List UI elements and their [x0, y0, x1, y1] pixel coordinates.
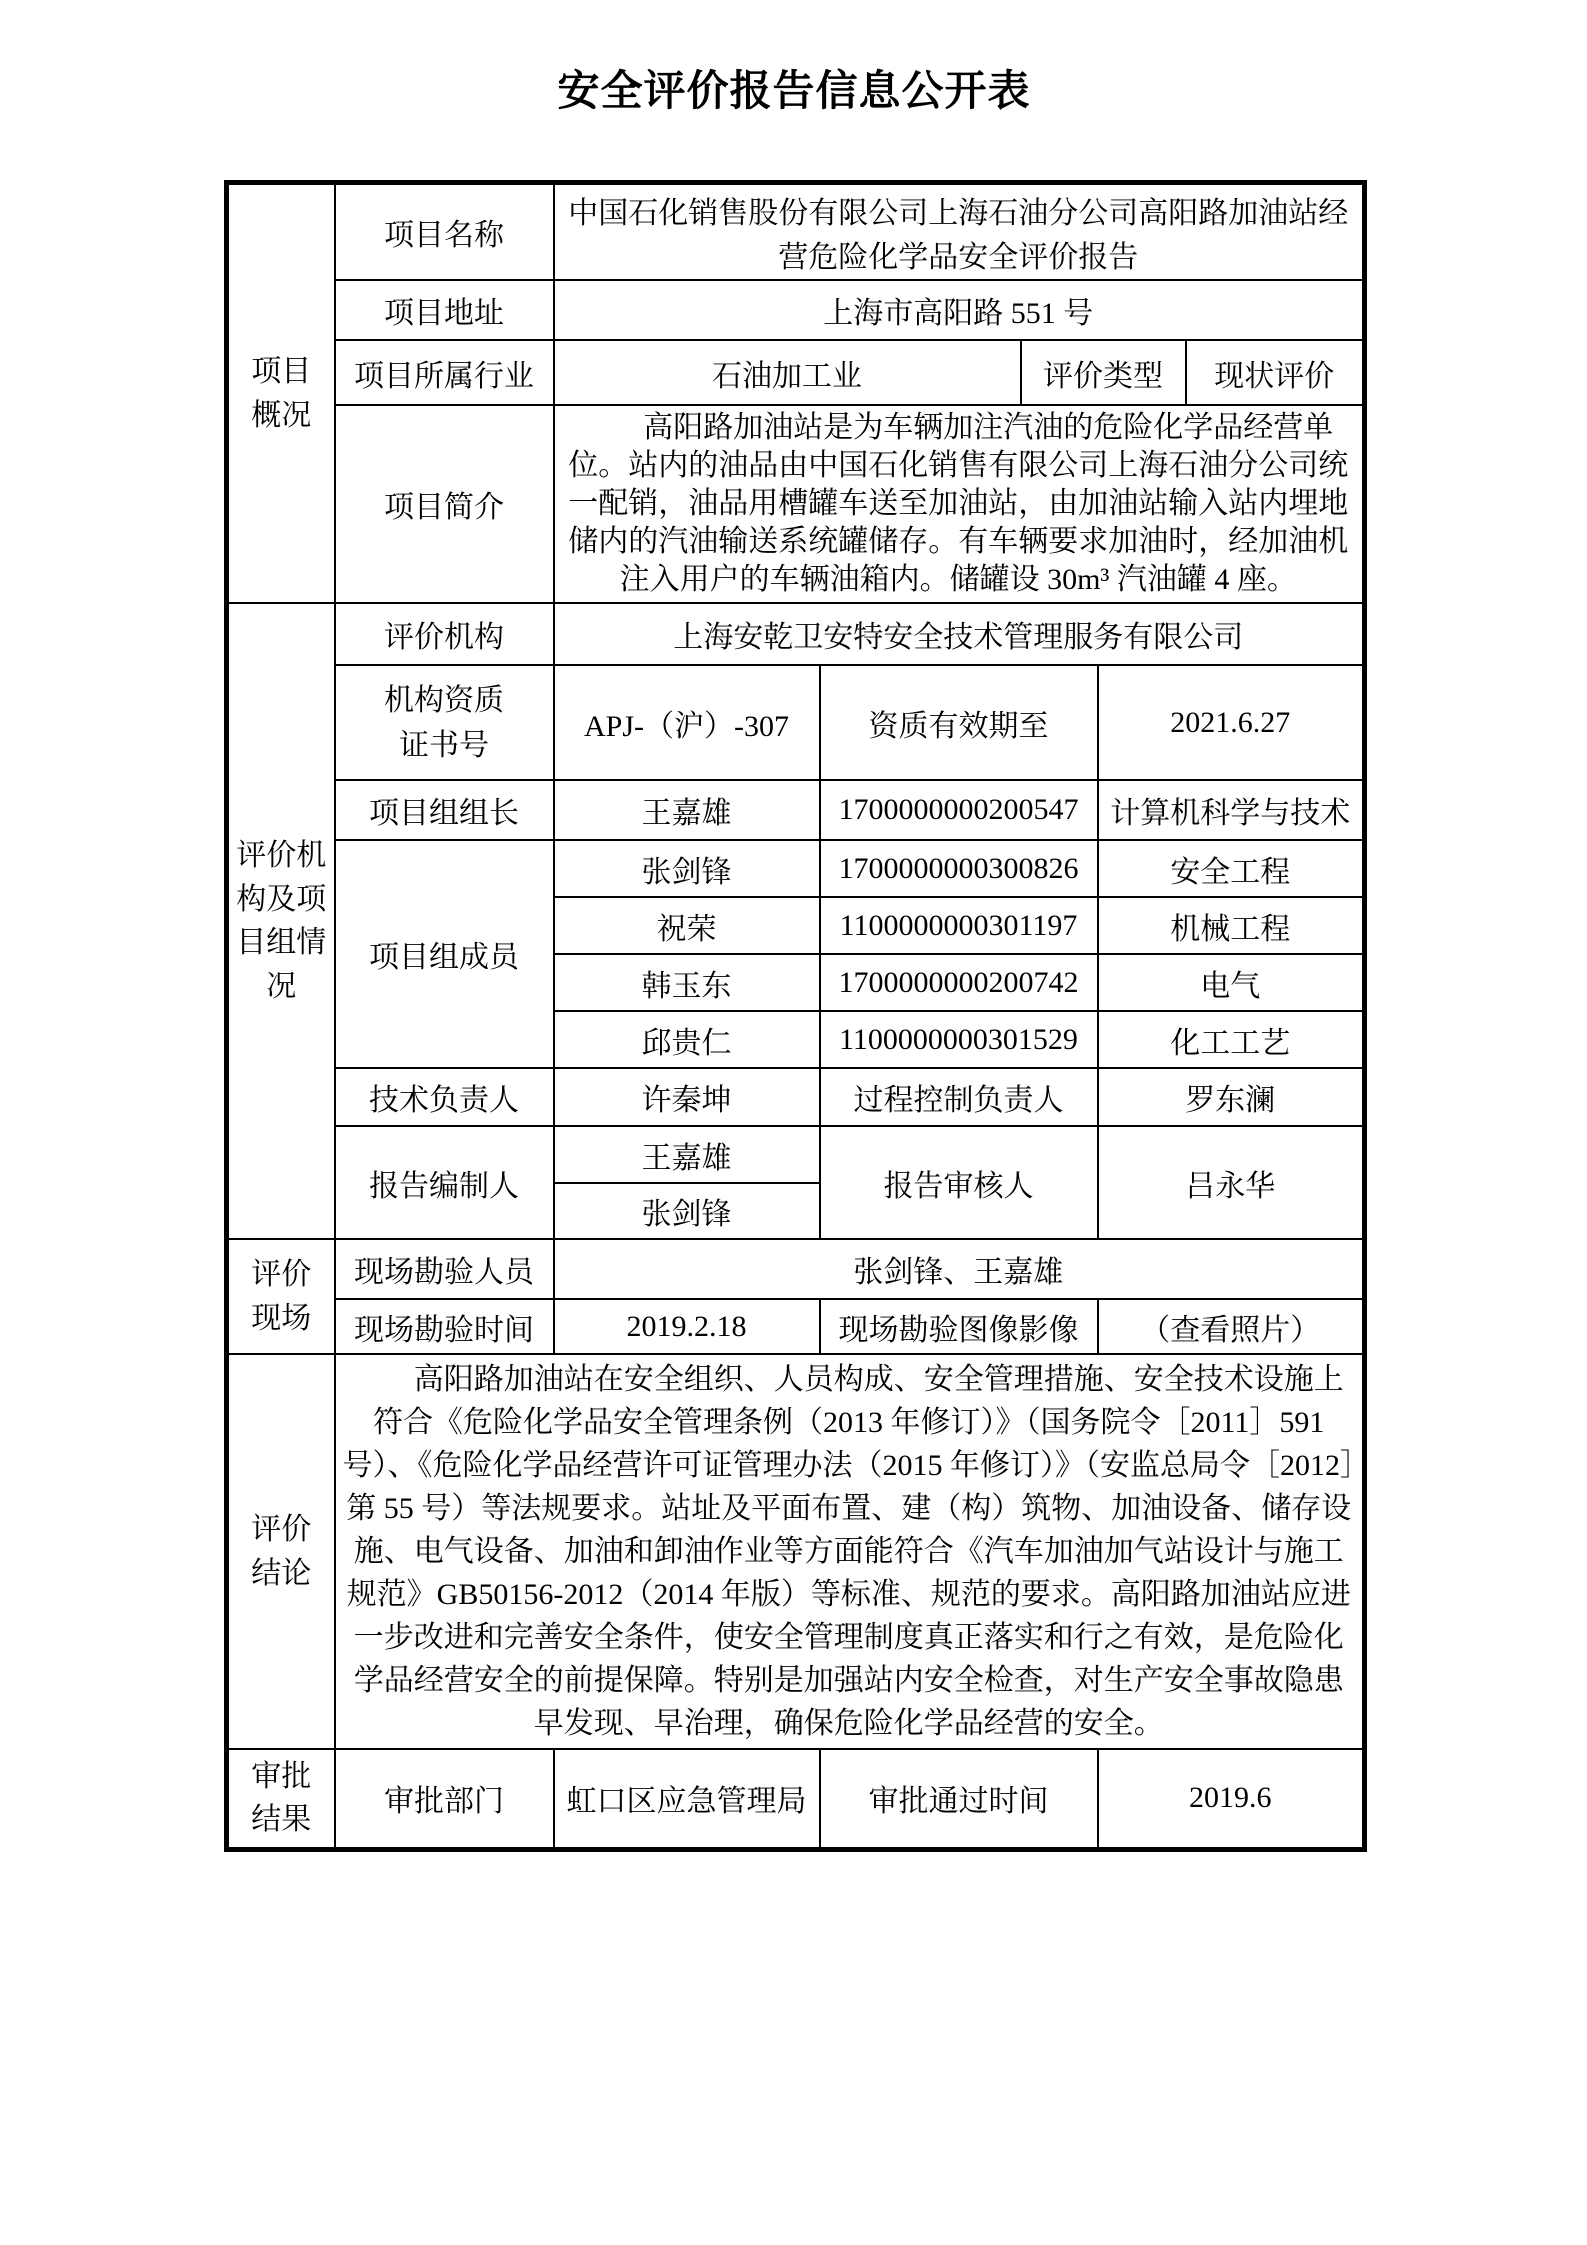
section-label-conclusion: 评价 结论: [227, 1354, 335, 1749]
approval-dept-label: 审批部门: [335, 1749, 554, 1849]
tech-lead-label: 技术负责人: [335, 1068, 554, 1126]
row-conclusion: 评价 结论 高阳路加油站在安全组织、人员构成、安全管理措施、安全技术设施上符合《…: [227, 1354, 1365, 1749]
conclusion-text: 高阳路加油站在安全组织、人员构成、安全管理措施、安全技术设施上符合《危险化学品安…: [335, 1354, 1365, 1749]
row-approval: 审批 结果 审批部门 虹口区应急管理局 审批通过时间 2019.6: [227, 1749, 1365, 1849]
row-project-industry: 项目所属行业 石油加工业 评价类型 现状评价: [227, 340, 1365, 405]
team-leader-label: 项目组组长: [335, 780, 554, 840]
member-cert-no: 1700000000300826: [820, 840, 1098, 897]
section-label-site: 评价 现场: [227, 1239, 335, 1354]
page-title: 安全评价报告信息公开表: [224, 58, 1364, 118]
site-personnel-label: 现场勘验人员: [335, 1239, 554, 1299]
row-site-personnel: 评价 现场 现场勘验人员 张剑锋、王嘉雄: [227, 1239, 1365, 1299]
section-label-project-overview: 项目 概况: [227, 183, 335, 604]
member-name: 韩玉东: [554, 954, 820, 1011]
row-report-authors: 报告编制人 王嘉雄 报告审核人 吕永华: [227, 1126, 1365, 1183]
member-name: 祝荣: [554, 897, 820, 954]
member-major: 安全工程: [1098, 840, 1365, 897]
member-major: 化工工艺: [1098, 1011, 1365, 1068]
tech-lead-value: 许秦坤: [554, 1068, 820, 1126]
agency-cert-value: APJ-（沪）-307: [554, 665, 820, 780]
project-intro-value: 高阳路加油站是为车辆加注汽油的危险化学品经营单位。站内的油品由中国石化销售有限公…: [554, 405, 1365, 603]
report-author-name: 张剑锋: [554, 1183, 820, 1239]
project-address-label: 项目地址: [335, 280, 554, 340]
member-cert-no: 1100000000301529: [820, 1011, 1098, 1068]
project-name-label: 项目名称: [335, 183, 554, 281]
disclosure-table: 项目 概况 项目名称 中国石化销售股份有限公司上海石油分公司高阳路加油站经营危险…: [224, 180, 1367, 1852]
row-team-leader: 项目组组长 王嘉雄 1700000000200547 计算机科学与技术: [227, 780, 1365, 840]
approval-time-label: 审批通过时间: [820, 1749, 1098, 1849]
agency-label: 评价机构: [335, 603, 554, 665]
member-name: 邱贵仁: [554, 1011, 820, 1068]
member-major: 机械工程: [1098, 897, 1365, 954]
team-leader-name: 王嘉雄: [554, 780, 820, 840]
agency-value: 上海安乾卫安特安全技术管理服务有限公司: [554, 603, 1365, 665]
row-project-address: 项目地址 上海市高阳路 551 号: [227, 280, 1365, 340]
document-page: 安全评价报告信息公开表 项目 概况 项目名称 中国石化销售股份有限公司上海石油分…: [0, 0, 1587, 2245]
section-label-agency: 评价机 构及项 目组情 况: [227, 603, 335, 1239]
project-address-value: 上海市高阳路 551 号: [554, 280, 1365, 340]
process-ctrl-value: 罗东澜: [1098, 1068, 1365, 1126]
eval-type-label: 评价类型: [1021, 340, 1186, 405]
row-team-member: 项目组成员 张剑锋 1700000000300826 安全工程: [227, 840, 1365, 897]
report-author-name: 王嘉雄: [554, 1126, 820, 1183]
member-name: 张剑锋: [554, 840, 820, 897]
member-cert-no: 1100000000301197: [820, 897, 1098, 954]
row-site-time: 现场勘验时间 2019.2.18 现场勘验图像影像 （查看照片）: [227, 1299, 1365, 1354]
member-cert-no: 1700000000200742: [820, 954, 1098, 1011]
project-industry-value: 石油加工业: [554, 340, 1021, 405]
team-members-label: 项目组成员: [335, 840, 554, 1068]
site-media-link[interactable]: （查看照片）: [1098, 1299, 1365, 1354]
project-industry-label: 项目所属行业: [335, 340, 554, 405]
agency-cert-label: 机构资质 证书号: [335, 665, 554, 780]
process-ctrl-label: 过程控制负责人: [820, 1068, 1098, 1126]
approval-dept-value: 虹口区应急管理局: [554, 1749, 820, 1849]
row-agency-cert: 机构资质 证书号 APJ-（沪）-307 资质有效期至 2021.6.27: [227, 665, 1365, 780]
report-authors-label: 报告编制人: [335, 1126, 554, 1239]
report-reviewer-label: 报告审核人: [820, 1126, 1098, 1239]
cert-valid-label: 资质有效期至: [820, 665, 1098, 780]
row-project-intro: 项目简介 高阳路加油站是为车辆加注汽油的危险化学品经营单位。站内的油品由中国石化…: [227, 405, 1365, 603]
team-leader-cert-no: 1700000000200547: [820, 780, 1098, 840]
approval-time-value: 2019.6: [1098, 1749, 1365, 1849]
eval-type-value: 现状评价: [1186, 340, 1365, 405]
cert-valid-value: 2021.6.27: [1098, 665, 1365, 780]
project-intro-label: 项目简介: [335, 405, 554, 603]
project-name-value: 中国石化销售股份有限公司上海石油分公司高阳路加油站经营危险化学品安全评价报告: [554, 183, 1365, 281]
section-label-approval: 审批 结果: [227, 1749, 335, 1849]
team-leader-major: 计算机科学与技术: [1098, 780, 1365, 840]
row-agency: 评价机 构及项 目组情 况 评价机构 上海安乾卫安特安全技术管理服务有限公司: [227, 603, 1365, 665]
member-major: 电气: [1098, 954, 1365, 1011]
row-project-name: 项目 概况 项目名称 中国石化销售股份有限公司上海石油分公司高阳路加油站经营危险…: [227, 183, 1365, 281]
report-reviewer-value: 吕永华: [1098, 1126, 1365, 1239]
site-time-value: 2019.2.18: [554, 1299, 820, 1354]
site-media-label: 现场勘验图像影像: [820, 1299, 1098, 1354]
site-personnel-value: 张剑锋、王嘉雄: [554, 1239, 1365, 1299]
row-tech-lead: 技术负责人 许秦坤 过程控制负责人 罗东澜: [227, 1068, 1365, 1126]
site-time-label: 现场勘验时间: [335, 1299, 554, 1354]
